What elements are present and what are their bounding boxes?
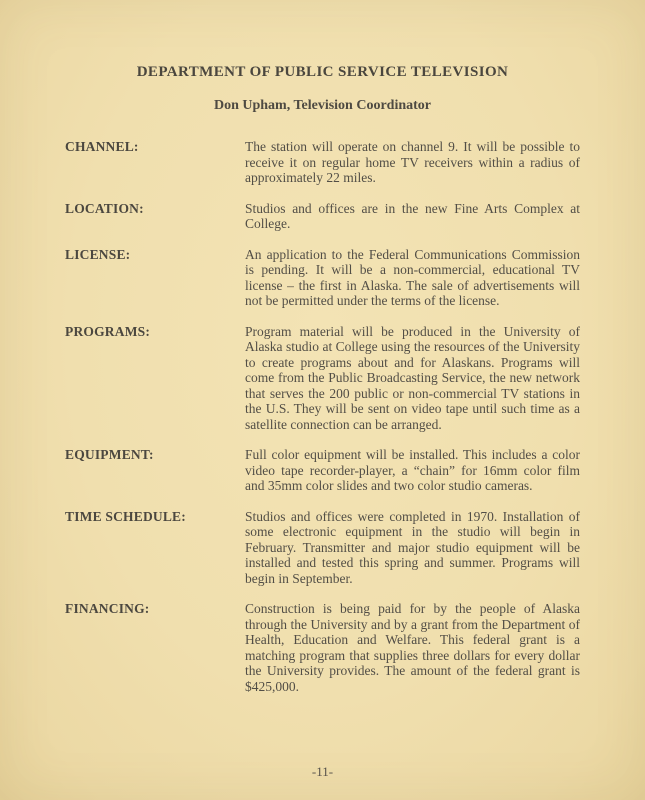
section-label: LOCATION: (65, 201, 245, 217)
document-section: EQUIPMENT: Full color equipment will be … (65, 447, 580, 494)
page-number: -11- (0, 764, 645, 780)
section-text: An application to the Federal Communicat… (245, 247, 580, 309)
scanned-document-page: DEPARTMENT OF PUBLIC SERVICE TELEVISION … (0, 0, 645, 800)
section-label: CHANNEL: (65, 139, 245, 155)
document-section: PROGRAMS: Program material will be produ… (65, 324, 580, 433)
section-text: Studios and offices are in the new Fine … (245, 201, 580, 232)
page-subtitle: Don Upham, Television Coordinator (0, 98, 645, 114)
section-label: FINANCING: (65, 601, 245, 617)
document-section: CHANNEL: The station will operate on cha… (65, 139, 580, 186)
document-section: FINANCING: Construction is being paid fo… (65, 601, 580, 694)
section-text: Program material will be produced in the… (245, 324, 580, 433)
section-label: TIME SCHEDULE: (65, 509, 245, 525)
section-text: Studios and offices were completed in 19… (245, 509, 580, 587)
page-title: DEPARTMENT OF PUBLIC SERVICE TELEVISION (0, 0, 645, 81)
document-section: TIME SCHEDULE: Studios and offices were … (65, 509, 580, 587)
section-text: Full color equipment will be installed. … (245, 447, 580, 494)
document-section: LOCATION: Studios and offices are in the… (65, 201, 580, 232)
section-text: Construction is being paid for by the pe… (245, 601, 580, 694)
section-label: EQUIPMENT: (65, 447, 245, 463)
section-label: LICENSE: (65, 247, 245, 263)
sections: CHANNEL: The station will operate on cha… (65, 139, 580, 694)
section-text: The station will operate on channel 9. I… (245, 139, 580, 186)
document-section: LICENSE: An application to the Federal C… (65, 247, 580, 309)
section-label: PROGRAMS: (65, 324, 245, 340)
